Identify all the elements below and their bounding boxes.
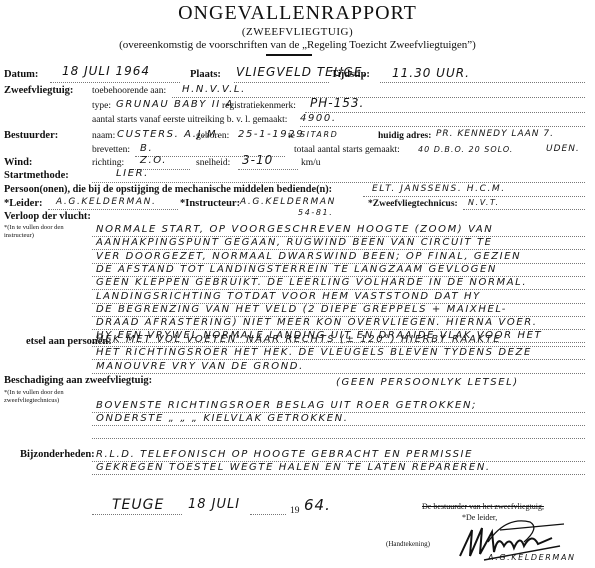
label-plaats: Plaats: bbox=[190, 69, 221, 80]
verloop-line: LANDINGSRICHTING TOTDAT VOOR HEM VASTSTO… bbox=[96, 291, 481, 302]
verloop-line: DE AFSTAND TOT LANDINGSTERREIN TE LANGZA… bbox=[96, 264, 497, 275]
label-personen: Persoon(onen), die bij de opstijging de … bbox=[4, 184, 332, 195]
header-divider bbox=[266, 54, 312, 56]
label-brevetten: brevetten: bbox=[92, 145, 130, 155]
field-line bbox=[92, 373, 585, 374]
label-instructeur: *Instructeur: bbox=[180, 198, 240, 209]
field-line bbox=[92, 438, 585, 439]
field-line bbox=[92, 474, 585, 475]
value-jaar: 64. bbox=[304, 496, 331, 514]
label-totaal-starts: totaal aantal starts gemaakt: bbox=[294, 145, 400, 155]
field-line bbox=[92, 425, 585, 426]
field-line bbox=[463, 209, 585, 210]
value-brevetten: B. bbox=[140, 143, 153, 154]
label-toebehoorende: toebehoorende aan: bbox=[92, 86, 166, 96]
label-aantal-starts: aantal starts vanaf eerste uitreiking b.… bbox=[92, 115, 287, 125]
label-bijzonderheden: Bijzonderheden: bbox=[20, 449, 95, 460]
label-zweefvliegtechnicus: *Zweefvliegtechnicus: bbox=[368, 199, 458, 209]
label-verloop: Verloop der vlucht: bbox=[4, 211, 91, 222]
field-line bbox=[50, 82, 180, 83]
label-wind: Wind: bbox=[4, 157, 32, 168]
document-title: ONGEVALLENRAPPORT bbox=[0, 2, 595, 25]
verloop-line: AANHAKPINGSPUNT GEGAAN, RUGWIND BEEN VAN… bbox=[96, 237, 493, 248]
value-plaats-onderteken: TEUGE bbox=[112, 497, 164, 513]
label-zweefvliegtuig: Zweefvliegtuig: bbox=[4, 85, 73, 96]
value-richting: Z.O. bbox=[140, 155, 167, 166]
label-snelheid: snelheid: bbox=[196, 158, 230, 168]
field-line bbox=[305, 112, 585, 113]
regulation-note: (overeenkomstig de voorschriften van de … bbox=[0, 39, 595, 51]
field-line bbox=[48, 209, 178, 210]
letsel-line: HEK MET VOL VOETEN' NAAR RECHTS (± 120°)… bbox=[96, 334, 501, 345]
value-te: SITARD bbox=[300, 130, 338, 139]
field-line bbox=[250, 514, 286, 515]
beschadiging-line: ONDERSTE „ „ „ KIELVLAK GETROKKEN. bbox=[96, 413, 349, 424]
label-beschadiging: Beschadiging aan zweefvliegtuig: bbox=[4, 375, 152, 386]
verloop-line: NORMALE START, OP VOORGESCHREVEN HOOGTE … bbox=[96, 224, 493, 235]
value-toebehoorende: H.N.V.V.L. bbox=[182, 84, 246, 95]
label-tijdstip: Tijdstip: bbox=[331, 69, 370, 80]
letsel-line: HET RICHTINGSROER HET HEK. DE VLEUGELS B… bbox=[96, 347, 532, 358]
label-registratiekenmerk: registratiekenmerk: bbox=[222, 101, 296, 111]
value-tijdstip: 11.30 UUR. bbox=[392, 66, 470, 80]
beschadiging-line: BOVENSTE RICHTINGSROER BESLAG UIT ROER G… bbox=[96, 400, 477, 411]
value-personen: ELT. JANSSENS. H.C.M. bbox=[372, 184, 506, 194]
label-bestuurder-sig: De bestuurder van het zweefvliegtuig, bbox=[422, 502, 544, 511]
value-startmethode: LIER. bbox=[116, 168, 149, 179]
verloop-line: GEEN KLEPPEN GEBRUIKT. DE LEERLING VOLHA… bbox=[96, 277, 527, 288]
value-totaal-starts: 40 D.B.O. 20 SOLO. bbox=[418, 145, 513, 154]
label-handtekening: (Handtekening) bbox=[386, 540, 430, 548]
value-leider: A.G.KELDERMAN. bbox=[56, 197, 156, 207]
value-datum-onderteken: 18 JULI bbox=[188, 497, 240, 512]
label-bestuurder: Bestuurder: bbox=[4, 130, 58, 141]
value-instructeur-nr: 54-81. bbox=[298, 208, 333, 217]
label-leider: *Leider: bbox=[4, 198, 43, 209]
label-huidig-adres: huidig adres: bbox=[378, 131, 431, 141]
note-technicus: *(In te vullen door den zweefvliegtechni… bbox=[4, 389, 86, 405]
label-naam: naam: bbox=[92, 131, 115, 141]
label-te: te bbox=[288, 131, 295, 141]
label-geboren: geboren: bbox=[196, 131, 229, 141]
field-line bbox=[234, 82, 329, 83]
value-huidig-adres: PR. KENNEDY LAAN 7. bbox=[436, 129, 554, 139]
field-line bbox=[300, 126, 585, 127]
label-kmu: km/u bbox=[301, 158, 321, 168]
verloop-line: DRAAD AFRASTERING) NIET MEER KON OVERVLI… bbox=[96, 317, 538, 328]
value-instructeur: A.G.KELDERMAN bbox=[240, 197, 336, 207]
label-richting: richting: bbox=[92, 158, 124, 168]
note-instructeur: *(In te vullen door den instructeur) bbox=[4, 224, 84, 240]
value-aantal-starts: 4900. bbox=[300, 113, 337, 124]
field-line bbox=[92, 182, 585, 183]
label-jaar-prefix: 19 bbox=[290, 506, 300, 516]
letsel-line: MANOUVRE VRY VAN DE GROND. bbox=[96, 361, 304, 372]
bijzonderheden-line: R.L.D. TELEFONISCH OP HOOGTE GEBRACHT EN… bbox=[96, 449, 473, 460]
value-zweefvliegtechnicus: N.V.T. bbox=[468, 198, 500, 207]
field-line bbox=[380, 82, 585, 83]
label-type: type: bbox=[92, 101, 111, 111]
value-woonplaats: UDEN. bbox=[546, 144, 580, 154]
field-line bbox=[363, 196, 585, 197]
value-type: GRUNAU BABY II A bbox=[116, 99, 234, 110]
verloop-line: VER DOORGEZET, NORMAAL DWARSWIND BEEN; O… bbox=[96, 251, 521, 262]
field-line bbox=[238, 169, 298, 170]
verloop-line: DE BEGRENZING VAN HET VELD (2 DIEPE GREP… bbox=[96, 304, 507, 315]
document-subtitle: (ZWEEFVLIEGTUIG) bbox=[0, 26, 595, 38]
value-letsel-note: (GEEN PERSOONLYK LETSEL) bbox=[336, 377, 519, 388]
value-datum: 18 JULI 1964 bbox=[62, 64, 150, 78]
label-startmethode: Startmethode: bbox=[4, 170, 69, 181]
value-naam-leider: A.G.KELDERMAN bbox=[488, 553, 576, 562]
label-datum: Datum: bbox=[4, 69, 38, 80]
field-line bbox=[172, 97, 585, 98]
field-line bbox=[92, 514, 182, 515]
value-registratiekenmerk: PH-153. bbox=[310, 96, 364, 110]
value-snelheid: 3-10 bbox=[242, 153, 273, 167]
bijzonderheden-line: GEKREGEN TOESTEL WEGTE HALEN EN TE LATEN… bbox=[96, 462, 491, 473]
